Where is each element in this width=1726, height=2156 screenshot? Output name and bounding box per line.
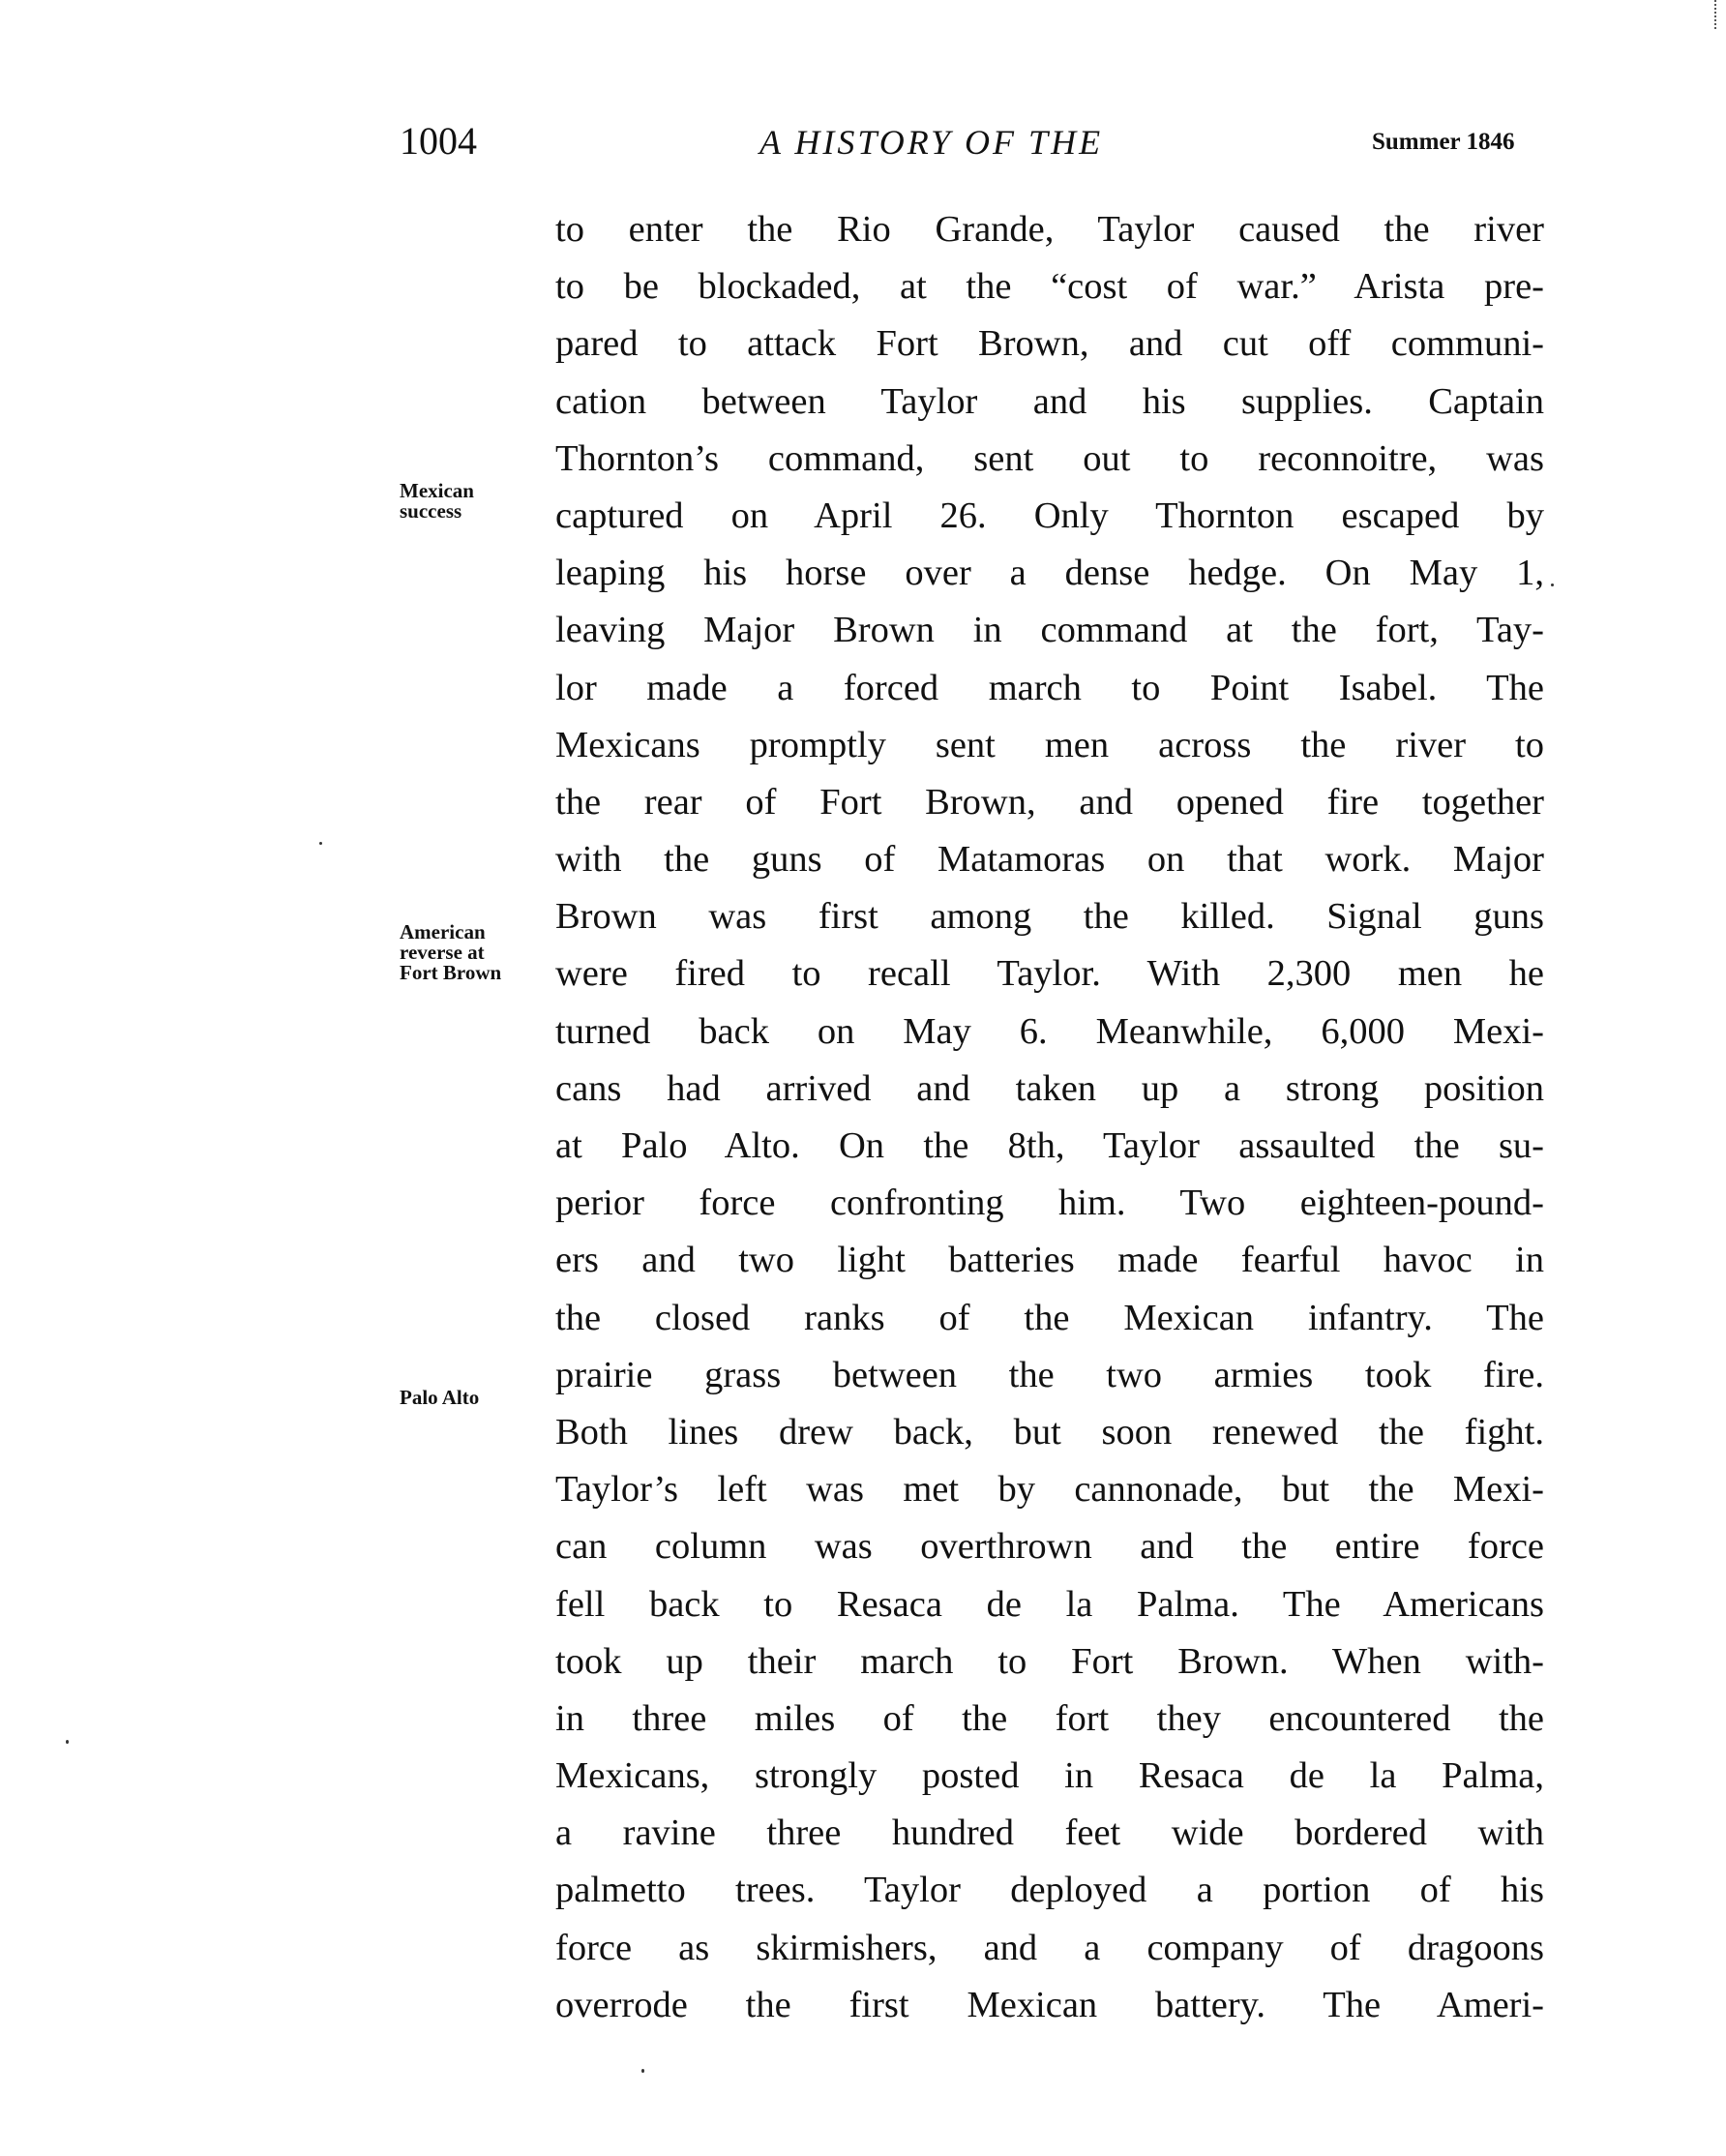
text-line: Both lines drew back, but soon renewed t… <box>555 1404 1544 1461</box>
text-line: the closed ranks of the Mexican infantry… <box>555 1290 1544 1347</box>
text-line: ers and two light batteries made fearful… <box>555 1232 1544 1289</box>
text-line: Mexicans promptly sent men across the ri… <box>555 717 1544 774</box>
margin-note-palo-alto: Palo Alto <box>400 1388 479 1408</box>
text-line: lor made a forced march to Point Isabel.… <box>555 660 1544 717</box>
text-line: overrode the first Mexican battery. The … <box>555 1977 1544 2034</box>
page-number: 1004 <box>400 118 477 164</box>
running-title: A HISTORY OF THE <box>759 122 1103 163</box>
text-line: Thornton’s command, sent out to reconnoi… <box>555 431 1544 488</box>
text-line: took up their march to Fort Brown. When … <box>555 1633 1544 1691</box>
margin-note-line: success <box>400 501 474 522</box>
text-line: palmetto trees. Taylor deployed a portio… <box>555 1862 1544 1919</box>
body-text: to enter the Rio Grande, Taylor caused t… <box>555 201 1544 2034</box>
text-line: pared to attack Fort Brown, and cut off … <box>555 315 1544 373</box>
text-line: cans had arrived and taken up a strong p… <box>555 1061 1544 1118</box>
scan-speck <box>641 2069 644 2073</box>
text-line: leaping his horse over a dense hedge. On… <box>555 545 1544 602</box>
text-line: force as skirmishers, and a company of d… <box>555 1920 1544 1977</box>
scan-speck <box>319 842 322 845</box>
margin-note-line: Fort Brown <box>400 963 501 983</box>
text-line: fell back to Resaca de la Palma. The Ame… <box>555 1576 1544 1633</box>
text-line: can column was overthrown and the entire… <box>555 1518 1544 1575</box>
text-line: Brown was first among the killed. Signal… <box>555 888 1544 945</box>
margin-note-line: Mexican <box>400 481 474 501</box>
running-date: Summer 1846 <box>1372 129 1514 156</box>
book-page: 1004 A HISTORY OF THE Summer 1846 Mexica… <box>0 0 1726 2156</box>
text-line: at Palo Alto. On the 8th, Taylor assault… <box>555 1118 1544 1175</box>
text-line: were fired to recall Taylor. With 2,300 … <box>555 945 1544 1003</box>
text-line: to enter the Rio Grande, Taylor caused t… <box>555 201 1544 258</box>
text-line: in three miles of the fort they encounte… <box>555 1691 1544 1748</box>
text-line: perior force confronting him. Two eighte… <box>555 1175 1544 1232</box>
margin-note-line: reverse at <box>400 943 501 963</box>
text-line: the rear of Fort Brown, and opened fire … <box>555 774 1544 831</box>
text-line: Mexicans, strongly posted in Resaca de l… <box>555 1748 1544 1805</box>
text-line: cation between Taylor and his supplies. … <box>555 374 1544 431</box>
margin-note-american-reverse: American reverse at Fort Brown <box>400 922 501 983</box>
margin-note-line: Palo Alto <box>400 1388 479 1408</box>
text-line: with the guns of Matamoras on that work.… <box>555 831 1544 888</box>
margin-note-line: American <box>400 922 501 943</box>
scan-speck <box>1551 584 1554 586</box>
text-line: a ravine three hundred feet wide bordere… <box>555 1805 1544 1862</box>
text-line: Taylor’s left was met by cannonade, but … <box>555 1461 1544 1518</box>
text-line: turned back on May 6. Meanwhile, 6,000 M… <box>555 1003 1544 1061</box>
margin-note-mexican-success: Mexican success <box>400 481 474 522</box>
scan-speck <box>66 1740 69 1744</box>
scan-edge-mark <box>1714 0 1718 29</box>
text-line: leaving Major Brown in command at the fo… <box>555 602 1544 659</box>
text-line: prairie grass between the two armies too… <box>555 1347 1544 1404</box>
text-line: to be blockaded, at the “cost of war.” A… <box>555 258 1544 315</box>
text-line: captured on April 26. Only Thornton esca… <box>555 488 1544 545</box>
